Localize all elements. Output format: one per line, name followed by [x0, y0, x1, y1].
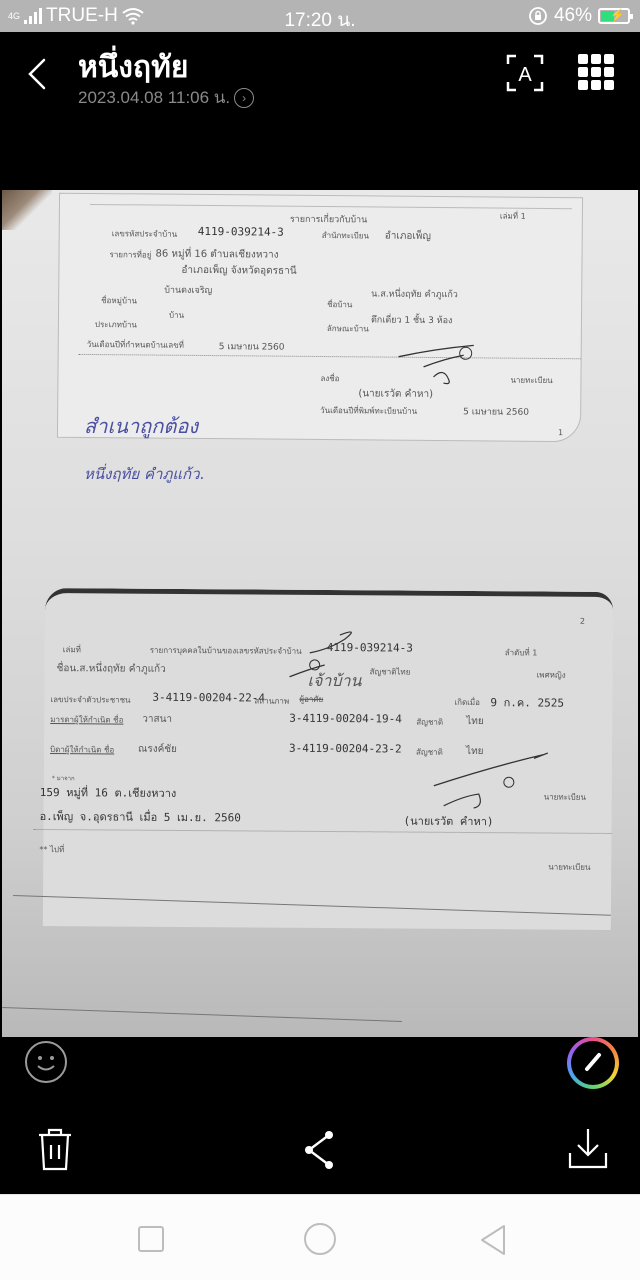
share-icon[interactable]	[300, 1127, 340, 1173]
recents-button[interactable]	[138, 1226, 164, 1252]
mother-nationality: ไทย	[466, 714, 484, 729]
action-row	[0, 1127, 640, 1177]
handwritten-certified-copy: สำเนาถูกต้อง	[84, 410, 198, 442]
photo-timestamp: 2023.04.08 11:06 น.	[78, 84, 230, 111]
download-icon[interactable]	[568, 1127, 608, 1173]
doc-heading: รายการเกี่ยวกับบ้าน	[290, 212, 368, 227]
father-id: 3-4119-00204-23-2	[289, 742, 402, 756]
delete-icon[interactable]	[35, 1127, 75, 1173]
order-number: ลำดับที่ 1	[505, 646, 538, 659]
registrar-name: (นายเรวัต คำหา)	[358, 386, 433, 402]
birth-date: 9 ก.ค. 2525	[490, 693, 564, 712]
moved-from-address: อ.เพ็ญ จ.อุดรธานี เมื่อ 5 เม.ย. 2560	[40, 807, 241, 826]
address-line: 86 หมู่ที่ 16 ตำบลเชียงหวาง	[155, 247, 278, 263]
registrar-title: นายทะเบียน	[544, 791, 586, 804]
sex: เพศหญิง	[537, 668, 566, 681]
label: เล่มที่	[63, 643, 81, 656]
battery-percent: 46%	[554, 5, 592, 27]
label: * มาจาก	[52, 773, 75, 783]
signature	[424, 746, 554, 817]
id-number: 3-4119-00204-22-4	[152, 691, 265, 705]
background-wood-edge	[2, 190, 52, 230]
registrar-name: (นายเรวัต คำหา)	[404, 812, 494, 831]
document-page-2: 2 เล่มที่ รายการบุคคลในบ้านของเลขรหัสประ…	[43, 588, 613, 930]
house-name: น.ส.หนึ่งฤทัย คำภูแก้ว	[371, 286, 458, 301]
label: ลักษณะบ้าน	[327, 322, 369, 335]
print-date: 5 เมษายน 2560	[463, 404, 529, 419]
address-line: อำเภอเพ็ญ จังหวัดอุดรธานี	[181, 263, 296, 279]
house-style: ตึกเดี่ยว 1 ชั้น 3 ห้อง	[371, 312, 453, 327]
label: มารดาผู้ให้กำเนิด ชื่อ	[50, 713, 123, 727]
label: สัญชาติ	[416, 716, 443, 729]
rotation-lock-icon	[528, 6, 548, 26]
resident-status: ผู้อาศัย	[299, 693, 323, 706]
sticker-icon[interactable]	[25, 1041, 67, 1083]
label: วันเดือนปีที่พิมพ์ทะเบียนบ้าน	[320, 404, 417, 418]
edit-pencil-icon[interactable]	[567, 1037, 619, 1089]
father-name: ณรงค์ชัย	[138, 742, 177, 757]
label: รายการที่อยู่	[109, 248, 151, 261]
battery-charging-icon: ⚡	[598, 8, 630, 24]
village: บ้านดงเจริญ	[164, 283, 212, 297]
label: ประเภทบ้าน	[95, 318, 137, 331]
handwritten-signature-name: หนึ่งฤทัย คำภูแก้ว.	[84, 462, 204, 486]
photo-details-link[interactable]: 2023.04.08 11:06 น. ›	[78, 84, 254, 111]
label: สถานภาพ	[254, 694, 289, 707]
mother-name: วาสนา	[142, 712, 172, 727]
person-name: ชื่อน.ส.หนึ่งฤทัย คำภูแก้ว	[57, 661, 166, 677]
registry-office: อำเภอเพ็ญ	[385, 229, 431, 244]
label: ลงชื่อ	[320, 372, 339, 385]
text-recognition-icon[interactable]: A	[506, 54, 544, 92]
moved-from-address: 159 หมู่ที่ 16 ต.เชียงหวาง	[40, 783, 177, 802]
status-right: 46% ⚡	[528, 5, 630, 27]
home-button[interactable]	[304, 1223, 336, 1255]
doc-book-no: เล่มที่ 1	[500, 210, 526, 223]
page-number: 1	[558, 428, 563, 437]
registrar-title: นายทะเบียน	[548, 861, 590, 874]
registrar-title: นายทะเบียน	[510, 374, 552, 387]
grid-menu-icon[interactable]	[578, 54, 614, 90]
viewer-header: หนึ่งฤทัย 2023.04.08 11:06 น. › A	[0, 32, 640, 190]
system-nav-bar	[0, 1194, 640, 1280]
label: สำนักทะเบียน	[322, 229, 369, 242]
document-page-1: รายการเกี่ยวกับบ้าน เล่มที่ 1 เลขรหัสประ…	[57, 193, 583, 443]
mother-id: 3-4119-00204-19-4	[289, 712, 402, 726]
status-bar: 4G TRUE-H 17:20 น. 46% ⚡	[0, 0, 640, 32]
label: เลขรหัสประจำบ้าน	[112, 227, 178, 241]
svg-text:A: A	[518, 64, 532, 86]
chevron-left-icon[interactable]	[22, 54, 52, 94]
signature	[393, 337, 483, 388]
label: ** ไปที่	[39, 843, 64, 856]
label: เกิดเมื่อ	[454, 696, 480, 709]
label: เลขประจำตัวประชาชน	[50, 693, 130, 707]
house-code: 4119-039214-3	[198, 225, 284, 239]
chevron-right-circle-icon[interactable]: ›	[234, 88, 254, 108]
house-type: บ้าน	[169, 309, 184, 322]
bottom-toolbar	[0, 1037, 640, 1194]
page-number: 2	[580, 617, 585, 626]
label: วันเดือนปีที่กำหนดบ้านเลขที่	[87, 338, 184, 352]
back-button[interactable]	[478, 1223, 508, 1257]
label: ชื่อหมู่บ้าน	[101, 294, 137, 307]
label: ชื่อบ้าน	[327, 298, 352, 311]
label: บิดาผู้ให้กำเนิด ชื่อ	[50, 743, 114, 756]
handwritten-house-master: เจ้าบ้าน	[307, 669, 361, 694]
photo-viewer-image[interactable]: รายการเกี่ยวกับบ้าน เล่มที่ 1 เลขรหัสประ…	[2, 190, 638, 1037]
assigned-date: 5 เมษายน 2560	[219, 339, 285, 354]
